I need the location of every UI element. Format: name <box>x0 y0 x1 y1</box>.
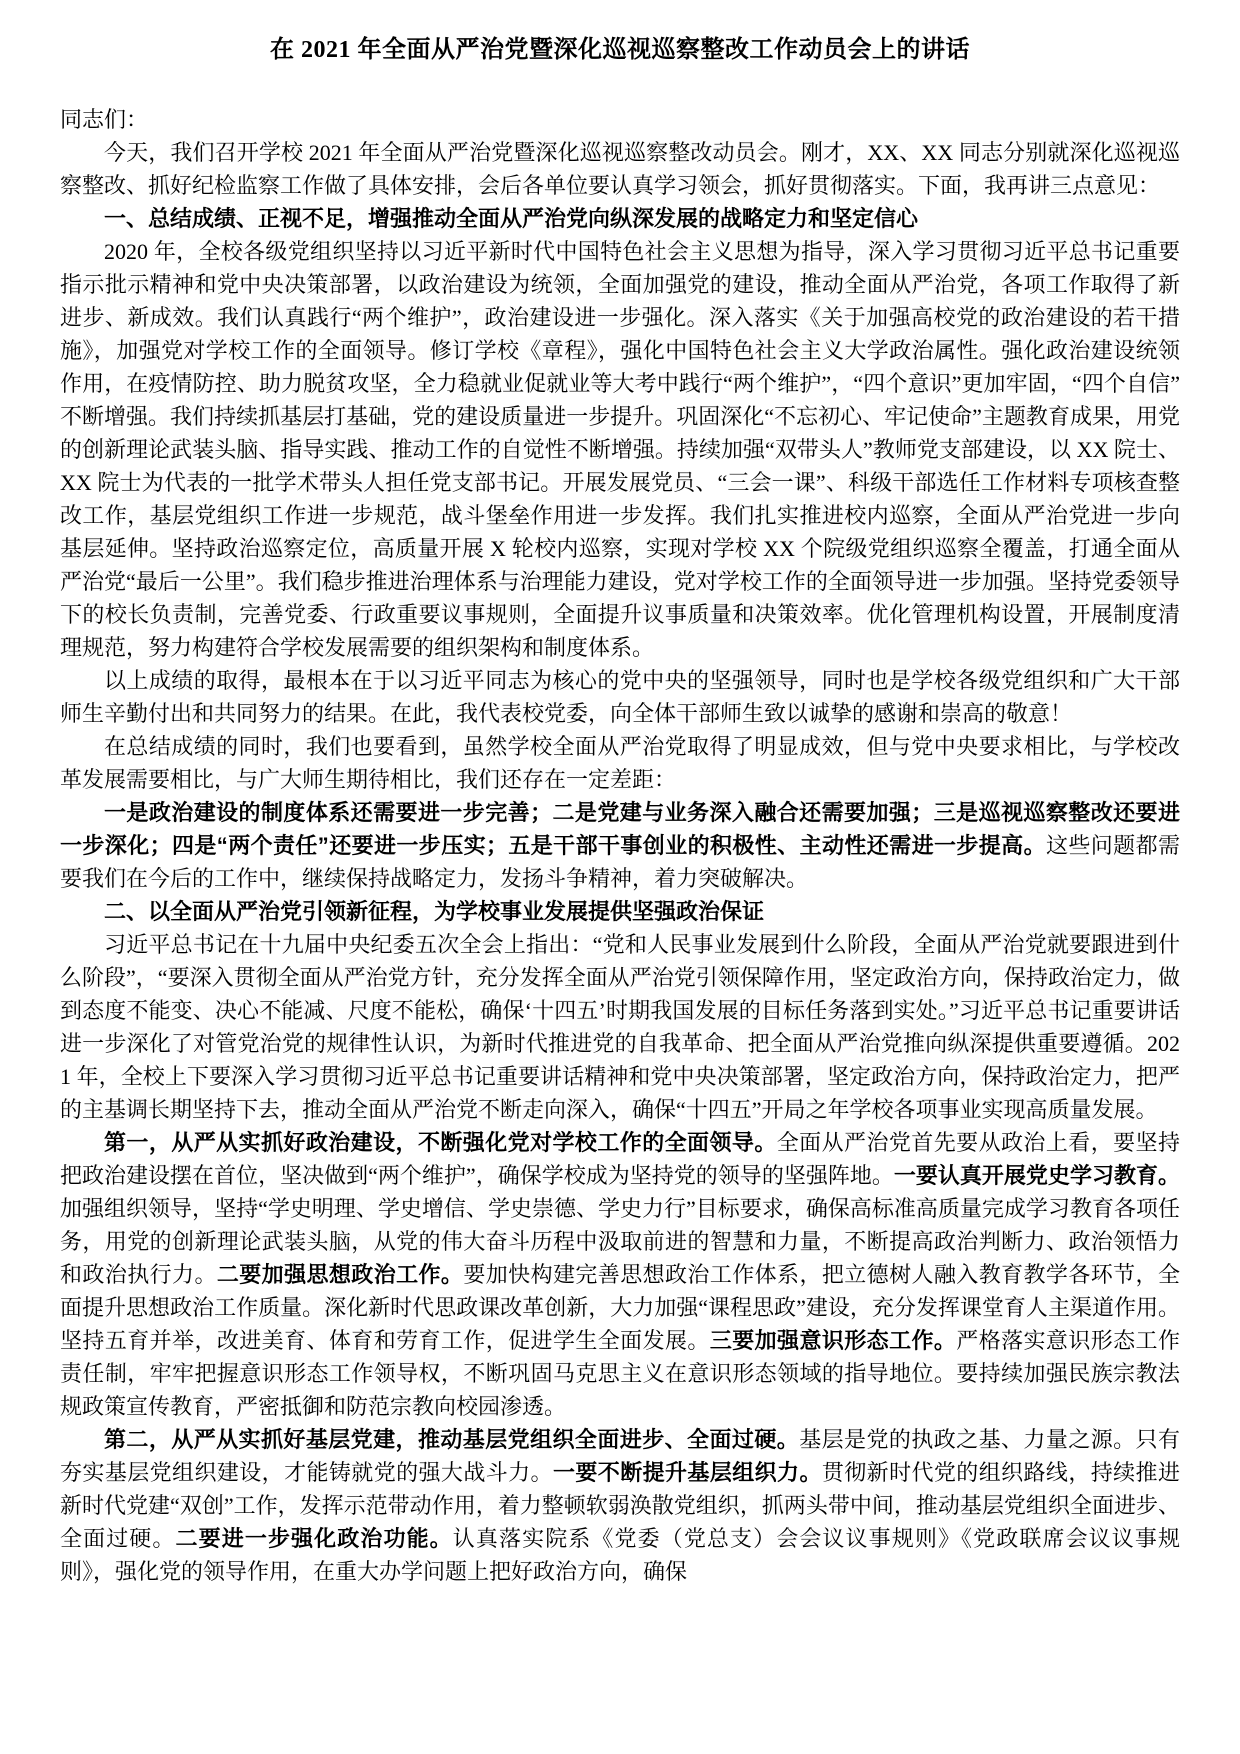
document-page: 在 2021 年全面从严治党暨深化巡视巡察整改工作动员会上的讲话 同志们：今天，… <box>0 0 1240 1754</box>
paragraph: 2020 年，全校各级党组织坚持以习近平新时代中国特色社会主义思想为指导，深入学… <box>60 235 1180 664</box>
bold-text-segment: 一要认真开展党史学习教育。 <box>894 1163 1180 1188</box>
document-body: 同志们：今天，我们召开学校 2021 年全面从严治党暨深化巡视巡察整改动员会。刚… <box>60 103 1180 1588</box>
text-segment: 以上成绩的取得，最根本在于以习近平同志为核心的党中央的坚强领导，同时也是学校各级… <box>60 668 1180 726</box>
paragraph: 在总结成绩的同时，我们也要看到，虽然学校全面从严治党取得了明显成效，但与党中央要… <box>60 730 1180 796</box>
bold-text-segment: 三要加强意识形态工作。 <box>710 1328 956 1353</box>
paragraph: 二、以全面从严治党引领新征程，为学校事业发展提供坚强政治保证 <box>60 895 1180 928</box>
paragraph: 一是政治建设的制度体系还需要进一步完善；二是党建与业务深入融合还需要加强；三是巡… <box>60 796 1180 895</box>
paragraph: 第二，从严从实抓好基层党建，推动基层党组织全面进步、全面过硬。基层是党的执政之基… <box>60 1423 1180 1588</box>
bold-text-segment: 一是政治建设的制度体系还需要进一步完善；二是党建与业务深入融合还需要加强；三是巡… <box>60 800 1180 858</box>
text-segment: 今天，我们召开学校 2021 年全面从严治党暨深化巡视巡察整改动员会。刚才，XX… <box>60 140 1180 198</box>
paragraph: 同志们： <box>60 103 1180 136</box>
text-segment: 2020 年，全校各级党组织坚持以习近平新时代中国特色社会主义思想为指导，深入学… <box>60 239 1180 660</box>
text-segment: 同志们： <box>60 107 148 132</box>
bold-text-segment: 二要加强思想政治工作。 <box>217 1262 463 1287</box>
bold-text-segment: 一要不断提升基层组织力。 <box>553 1460 822 1485</box>
bold-text-segment: 第一，从严从实抓好政治建设，不断强化党对学校工作的全面领导。 <box>104 1130 777 1155</box>
paragraph: 以上成绩的取得，最根本在于以习近平同志为核心的党中央的坚强领导，同时也是学校各级… <box>60 664 1180 730</box>
text-segment: 习近平总书记在十九届中央纪委五次全会上指出：“党和人民事业发展到什么阶段，全面从… <box>60 932 1180 1122</box>
bold-text-segment: 一、总结成绩、正视不足，增强推动全面从严治党向纵深发展的战略定力和坚定信心 <box>104 206 918 231</box>
paragraph: 第一，从严从实抓好政治建设，不断强化党对学校工作的全面领导。全面从严治党首先要从… <box>60 1126 1180 1423</box>
paragraph: 一、总结成绩、正视不足，增强推动全面从严治党向纵深发展的战略定力和坚定信心 <box>60 202 1180 235</box>
text-segment: 在总结成绩的同时，我们也要看到，虽然学校全面从严治党取得了明显成效，但与党中央要… <box>60 734 1180 792</box>
bold-text-segment: 二要进一步强化政治功能。 <box>176 1526 453 1551</box>
bold-text-segment: 第二，从严从实抓好基层党建，推动基层党组织全面进步、全面过硬。 <box>104 1427 799 1452</box>
paragraph: 今天，我们召开学校 2021 年全面从严治党暨深化巡视巡察整改动员会。刚才，XX… <box>60 136 1180 202</box>
bold-text-segment: 二、以全面从严治党引领新征程，为学校事业发展提供坚强政治保证 <box>104 899 764 924</box>
document-title: 在 2021 年全面从严治党暨深化巡视巡察整改工作动员会上的讲话 <box>60 33 1180 67</box>
paragraph: 习近平总书记在十九届中央纪委五次全会上指出：“党和人民事业发展到什么阶段，全面从… <box>60 928 1180 1126</box>
